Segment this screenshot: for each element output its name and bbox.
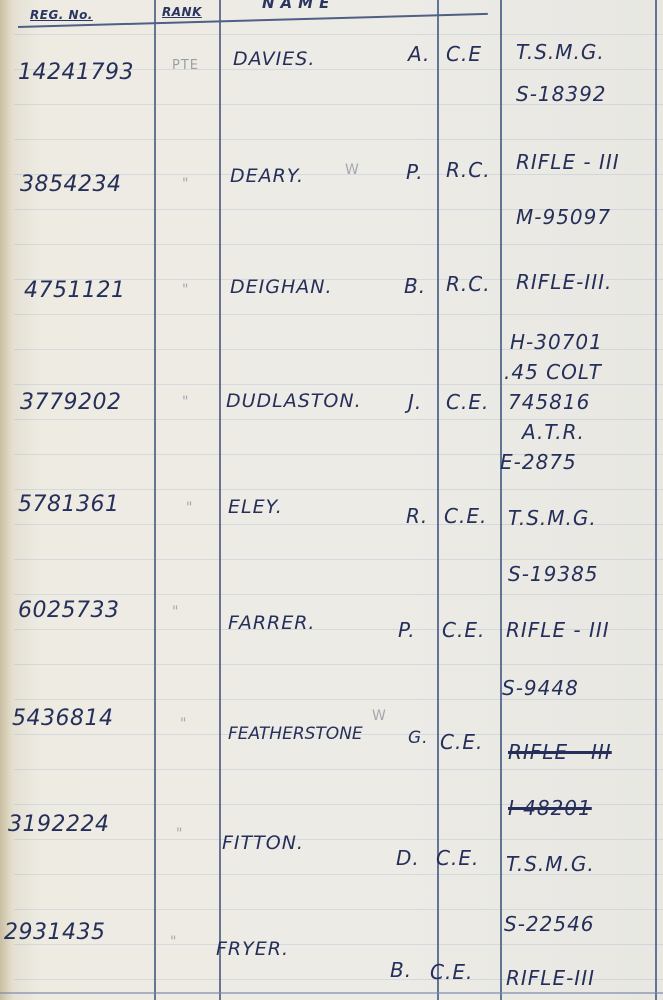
weapon: T.S.M.G.: [508, 506, 597, 530]
initial: G.: [408, 728, 429, 748]
initial: D.: [396, 846, 420, 870]
weapon: .45 COLT: [504, 360, 602, 384]
reg-no: 3192224: [8, 812, 109, 837]
religion: R.C.: [446, 158, 491, 182]
ditto-mark: ": [170, 934, 177, 950]
initial: R.: [406, 504, 428, 528]
reg-no: 2931435: [4, 920, 105, 945]
bottom-rule: [0, 992, 663, 994]
header-rank: RANK: [162, 5, 202, 19]
initial: P.: [406, 160, 424, 184]
weapon-serial: S-22546: [504, 912, 595, 936]
reg-no: 5781361: [18, 492, 119, 517]
weapon-serial-struck: I-48201: [508, 796, 592, 820]
surname: FRYER.: [216, 938, 289, 960]
reg-no: 14241793: [18, 60, 134, 85]
rule-right-edge: [655, 0, 657, 1000]
weapon-serial: M-95097: [516, 205, 611, 229]
rule-reg-rank: [154, 0, 156, 1000]
page-binding: [0, 0, 14, 1000]
religion: C.E.: [444, 504, 487, 528]
header-reg-no: REG. No.: [30, 8, 93, 22]
weapon-serial: S-9448: [502, 676, 579, 700]
ditto-mark: ": [182, 282, 189, 298]
religion: C.E.: [440, 730, 483, 754]
weapon: RIFLE - III: [506, 618, 610, 642]
weapon-serial: S-18392: [516, 82, 607, 106]
pencil-mark: W: [372, 708, 387, 724]
weapon: RIFLE - III: [516, 150, 620, 174]
weapon: A.T.R.: [522, 420, 585, 444]
religion: C.E.: [446, 390, 489, 414]
ditto-mark: ": [182, 176, 189, 192]
rank: PTE: [172, 58, 199, 73]
ditto-mark: ": [180, 716, 187, 732]
header-name: NAME: [262, 0, 335, 12]
surname: ELEY.: [228, 496, 283, 518]
rule-religion-weapon: [500, 0, 502, 1000]
religion: C.E.: [430, 960, 473, 984]
weapon: RIFLE-III.: [516, 270, 612, 294]
weapon-struck: RIFLE - III: [508, 740, 612, 764]
religion: R.C.: [446, 272, 491, 296]
reg-no: 3854234: [20, 172, 121, 197]
initial: B.: [404, 274, 426, 298]
weapon: T.S.M.G.: [506, 852, 595, 876]
reg-no: 6025733: [18, 598, 119, 623]
surname: FITTON.: [222, 832, 304, 854]
surname: DAVIES.: [233, 48, 315, 70]
weapon-serial: 745816: [508, 390, 590, 414]
surname: FEATHERSTONE: [228, 724, 363, 744]
initial: P.: [398, 618, 416, 642]
surname: DEIGHAN.: [230, 276, 333, 298]
weapon-serial: S-19385: [508, 562, 599, 586]
ditto-mark: ": [172, 604, 179, 620]
surname: DUDLASTON.: [226, 390, 362, 412]
weapon-serial: H-30701: [510, 330, 603, 354]
initial: B.: [390, 958, 412, 982]
weapon: RIFLE-III: [506, 966, 595, 990]
ditto-mark: ": [182, 394, 189, 410]
register-page: REG. No. RANK NAME 14241793 PTE DAVIES. …: [0, 0, 663, 1000]
initial: A.: [408, 42, 430, 66]
reg-no: 4751121: [24, 278, 125, 303]
religion: C.E.: [436, 846, 479, 870]
reg-no: 3779202: [20, 390, 121, 415]
initial: J.: [408, 390, 422, 414]
surname: FARRER.: [228, 612, 315, 634]
rule-rank-name: [219, 0, 221, 1000]
surname: DEARY.: [230, 165, 304, 187]
religion: C.E.: [442, 618, 485, 642]
weapon-serial: E-2875: [500, 450, 577, 474]
weapon: T.S.M.G.: [516, 40, 605, 64]
ditto-mark: ": [186, 500, 193, 516]
religion: C.E: [446, 42, 482, 66]
ditto-mark: ": [176, 826, 183, 842]
pencil-mark: W: [345, 162, 360, 178]
reg-no: 5436814: [12, 706, 113, 731]
